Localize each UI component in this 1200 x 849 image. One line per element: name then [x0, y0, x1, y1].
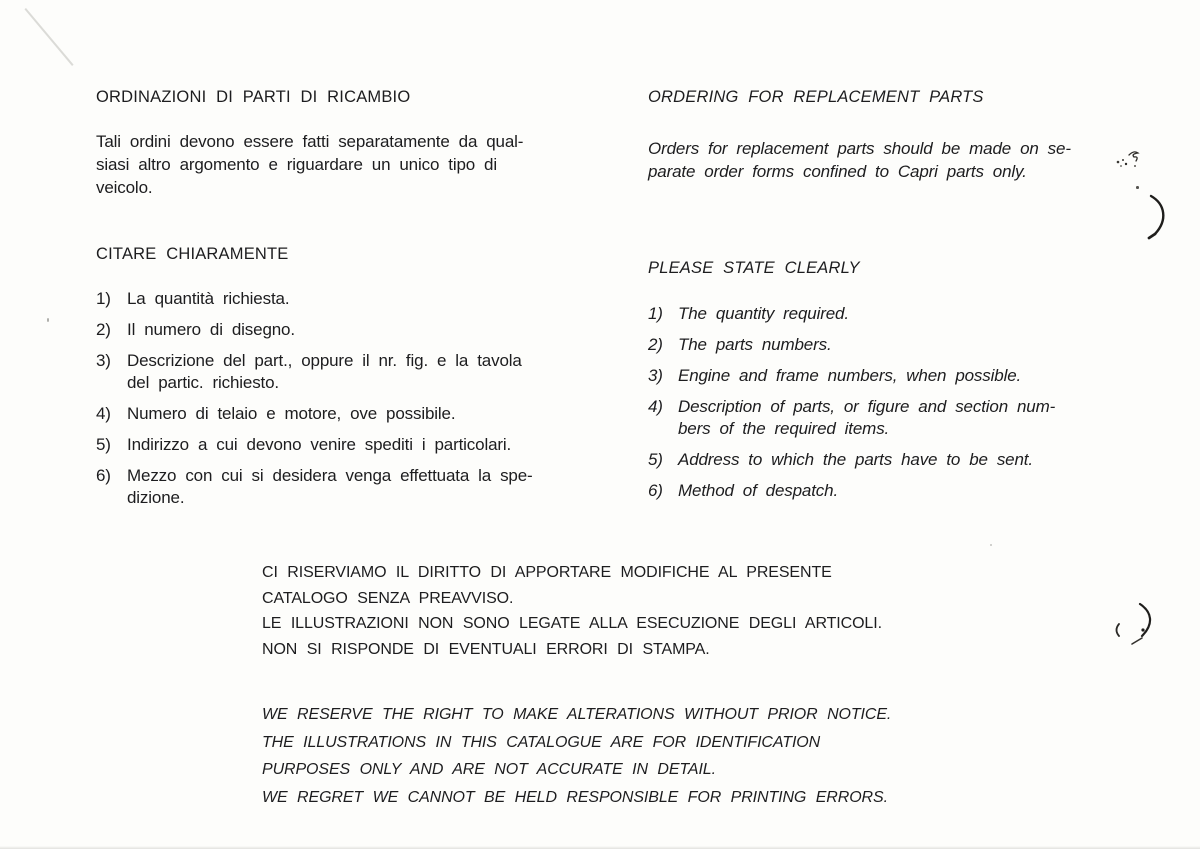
item-number: 3)	[648, 365, 678, 387]
list-item: 5) Address to which the parts have to be…	[648, 449, 1108, 471]
ink-speck	[1136, 186, 1139, 189]
item-text: bers of the required items.	[678, 418, 1055, 440]
list-item: 4) Description of parts, or figure and s…	[648, 396, 1108, 440]
item-number: 3)	[96, 350, 127, 394]
english-section-heading: ORDERING FOR REPLACEMENT PARTS	[648, 88, 984, 107]
item-text: Numero di telaio e motore, ove possibile…	[127, 404, 455, 423]
italian-numbered-list: 1) La quantità richiesta. 2) Il numero d…	[96, 288, 566, 518]
item-number: 6)	[96, 465, 127, 509]
item-number: 1)	[648, 303, 678, 325]
pen-bracket-mark-upper	[1146, 194, 1172, 240]
item-text: The quantity required.	[678, 304, 849, 323]
item-number: 2)	[648, 334, 678, 356]
paragraph-line: parate order forms confined to Capri par…	[648, 160, 1071, 183]
item-text: La quantità richiesta.	[127, 289, 289, 308]
item-number: 2)	[96, 319, 127, 341]
item-number: 5)	[96, 434, 127, 456]
disclaimer-line: NON SI RISPONDE DI EVENTUALI ERRORI DI S…	[262, 637, 882, 663]
paragraph-line: Tali ordini devono essere fatti separata…	[96, 130, 523, 153]
english-intro-paragraph: Orders for replacement parts should be m…	[648, 137, 1071, 183]
list-item: 4) Numero di telaio e motore, ove possib…	[96, 403, 566, 425]
pen-scribble-mark	[1114, 148, 1144, 170]
list-item: 3) Engine and frame numbers, when possib…	[648, 365, 1108, 387]
list-item: 3) Descrizione del part., oppure il nr. …	[96, 350, 566, 394]
list-item: 2) Il numero di disegno.	[96, 319, 566, 341]
scan-fold-line	[25, 8, 74, 66]
english-numbered-list: 1) The quantity required. 2) The parts n…	[648, 303, 1108, 511]
item-text: Address to which the parts have to be se…	[678, 450, 1033, 469]
english-disclaimer: WE RESERVE THE RIGHT TO MAKE ALTERATIONS…	[262, 701, 891, 811]
item-number: 4)	[96, 403, 127, 425]
italian-intro-paragraph: Tali ordini devono essere fatti separata…	[96, 130, 523, 199]
disclaimer-line: CATALOGO SENZA PREAVVISO.	[262, 586, 882, 612]
item-number: 5)	[648, 449, 678, 471]
item-text: Method of despatch.	[678, 481, 838, 500]
item-text: Engine and frame numbers, when possible.	[678, 366, 1021, 385]
disclaimer-line: WE RESERVE THE RIGHT TO MAKE ALTERATIONS…	[262, 701, 891, 729]
list-item: 2) The parts numbers.	[648, 334, 1108, 356]
italian-disclaimer: CI RISERVIAMO IL DIRITTO DI APPORTARE MO…	[262, 560, 882, 662]
paragraph-line: siasi altro argomento e riguardare un un…	[96, 153, 523, 176]
english-subheading: PLEASE STATE CLEARLY	[648, 259, 860, 278]
italian-section-heading: ORDINAZIONI DI PARTI DI RICAMBIO	[96, 88, 410, 107]
disclaimer-line: CI RISERVIAMO IL DIRITTO DI APPORTARE MO…	[262, 560, 882, 586]
italian-subheading: CITARE CHIARAMENTE	[96, 245, 289, 264]
item-number: 4)	[648, 396, 678, 440]
item-text: Il numero di disegno.	[127, 320, 295, 339]
item-number: 6)	[648, 480, 678, 502]
list-item: 1) La quantità richiesta.	[96, 288, 566, 310]
disclaimer-line: LE ILLUSTRAZIONI NON SONO LEGATE ALLA ES…	[262, 611, 882, 637]
item-text: Indirizzo a cui devono venire spediti i …	[127, 435, 511, 454]
item-text: Descrizione del part., oppure il nr. fig…	[127, 350, 522, 372]
pen-bracket-mark-lower	[1108, 598, 1166, 652]
item-text: Mezzo con cui si desidera venga effettua…	[127, 465, 533, 487]
list-item: 6) Method of despatch.	[648, 480, 1108, 502]
ink-speck	[47, 318, 49, 322]
list-item: 1) The quantity required.	[648, 303, 1108, 325]
list-item: 5) Indirizzo a cui devono venire spediti…	[96, 434, 566, 456]
item-text: The parts numbers.	[678, 335, 832, 354]
ink-speck	[990, 544, 992, 546]
paragraph-line: Orders for replacement parts should be m…	[648, 137, 1071, 160]
disclaimer-line: WE REGRET WE CANNOT BE HELD RESPONSIBLE …	[262, 784, 891, 812]
item-text: del partic. richiesto.	[127, 372, 522, 394]
disclaimer-line: PURPOSES ONLY AND ARE NOT ACCURATE IN DE…	[262, 756, 891, 784]
paragraph-line: veicolo.	[96, 176, 523, 199]
item-text: dizione.	[127, 487, 533, 509]
disclaimer-line: THE ILLUSTRATIONS IN THIS CATALOGUE ARE …	[262, 729, 891, 757]
item-text: Description of parts, or figure and sect…	[678, 396, 1055, 418]
list-item: 6) Mezzo con cui si desidera venga effet…	[96, 465, 566, 509]
item-number: 1)	[96, 288, 127, 310]
scanned-catalogue-page: { "page": { "background": "#fdfdfb", "in…	[0, 0, 1200, 849]
